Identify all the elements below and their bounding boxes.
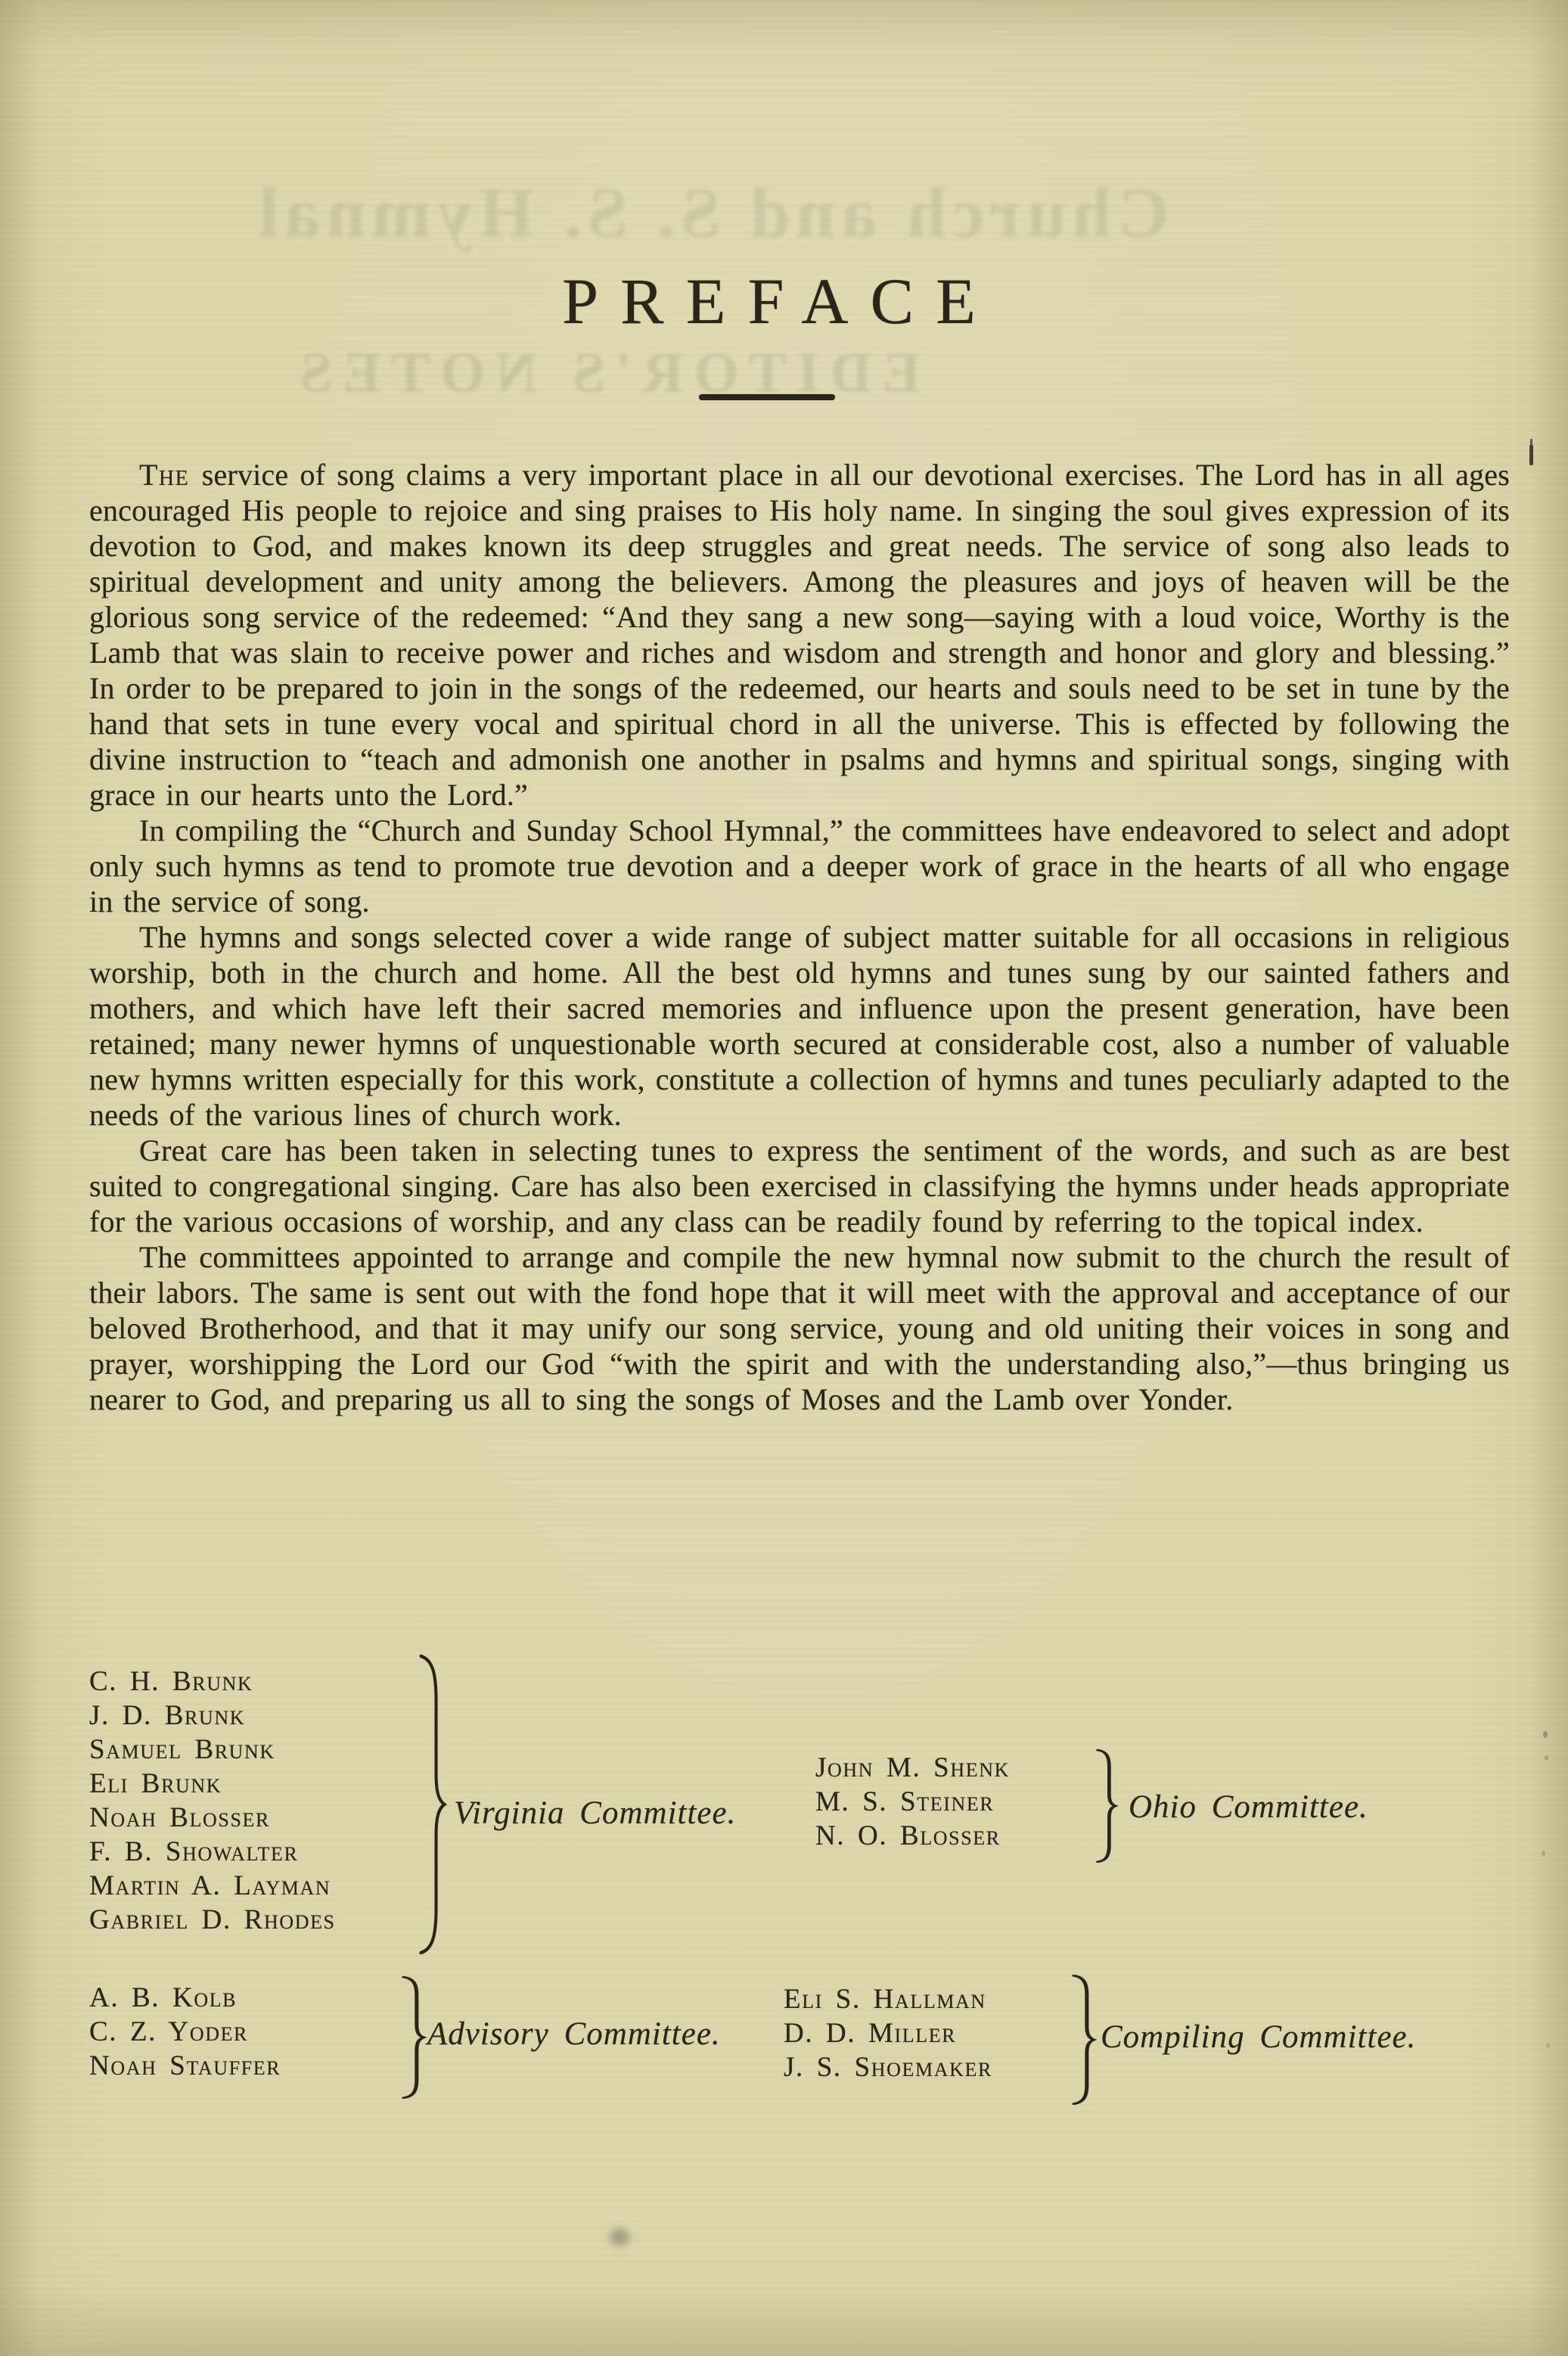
compiling-committee-label: Compiling Committee. xyxy=(1101,2019,1416,2056)
brace-icon xyxy=(1095,1749,1118,1863)
paragraph-text: The committees appointed to arrange and … xyxy=(89,1240,1510,1416)
ink-mark xyxy=(1529,445,1533,465)
paragraph-4: Great care has been taken in selecting t… xyxy=(89,1133,1510,1239)
committee-member: C. Z. Yoder xyxy=(89,2015,281,2049)
paragraph-2: In compiling the “Church and Sunday Scho… xyxy=(89,813,1510,919)
committee-member: Eli S. Hallman xyxy=(784,1982,992,2016)
committee-member: Noah Stauffer xyxy=(89,2049,281,2083)
advisory-committee-label: Advisory Committee. xyxy=(427,2016,721,2053)
committee-member: M. S. Steiner xyxy=(815,1785,1010,1819)
paragraph-1: The service of song claims a very import… xyxy=(89,457,1510,813)
committee-member: Eli Brunk xyxy=(89,1767,336,1801)
paragraph-3: The hymns and songs selected cover a wid… xyxy=(89,919,1510,1133)
committee-member: N. O. Blosser xyxy=(815,1819,1010,1853)
committee-member: C. H. Brunk xyxy=(89,1664,336,1699)
brace-icon xyxy=(401,1976,427,2099)
brace-icon xyxy=(1071,1975,1097,2105)
title-rule-divider xyxy=(699,394,835,400)
committee-member: Martin A. Layman xyxy=(89,1869,336,1903)
committee-member: J. D. Brunk xyxy=(89,1699,336,1733)
ohio-committee-names: John M. Shenk M. S. Steiner N. O. Blosse… xyxy=(815,1751,1010,1853)
paragraph-lead: The xyxy=(139,458,202,492)
advisory-committee-names: A. B. Kolb C. Z. Yoder Noah Stauffer xyxy=(89,1981,281,2083)
ohio-committee-label: Ohio Committee. xyxy=(1129,1789,1368,1826)
page-title: PREFACE xyxy=(0,263,1553,339)
paragraph-5: The committees appointed to arrange and … xyxy=(89,1239,1510,1417)
committee-member: John M. Shenk xyxy=(815,1751,1010,1785)
scan-smudge xyxy=(610,2229,629,2246)
committee-member: J. S. Shoemaker xyxy=(784,2050,992,2084)
paragraph-text: In compiling the “Church and Sunday Scho… xyxy=(89,813,1510,918)
committee-member: Noah Blosser xyxy=(89,1801,336,1835)
paragraph-text: service of song claims a very important … xyxy=(89,458,1510,812)
committee-member: Samuel Brunk xyxy=(89,1733,336,1767)
committee-member: F. B. Showalter xyxy=(89,1835,336,1869)
paragraph-text: The hymns and songs selected cover a wid… xyxy=(89,920,1510,1132)
bleedthrough-text-top: Church and S. S. Hymnal xyxy=(144,173,1278,254)
committee-member: A. B. Kolb xyxy=(89,1981,281,2015)
ink-speck xyxy=(1542,1851,1545,1857)
virginia-committee-names: C. H. Brunk J. D. Brunk Samuel Brunk Eli… xyxy=(89,1664,336,1937)
ink-speck xyxy=(1545,1755,1548,1761)
scanned-book-page: Church and S. S. Hymnal EDITOR'S NOTES P… xyxy=(0,0,1568,2356)
compiling-committee-names: Eli S. Hallman D. D. Miller J. S. Shoema… xyxy=(784,1982,992,2084)
brace-icon xyxy=(418,1654,448,1955)
paragraph-text: Great care has been taken in selecting t… xyxy=(89,1133,1510,1239)
bleedthrough-text-editors-notes: EDITOR'S NOTES xyxy=(83,340,1127,406)
committee-member: D. D. Miller xyxy=(784,2016,992,2050)
virginia-committee-label: Virginia Committee. xyxy=(454,1795,736,1832)
preface-body: The service of song claims a very import… xyxy=(89,457,1510,1417)
committee-member: Gabriel D. Rhodes xyxy=(89,1903,336,1937)
ink-speck xyxy=(1546,2043,1550,2048)
ink-speck xyxy=(1543,1731,1548,1738)
